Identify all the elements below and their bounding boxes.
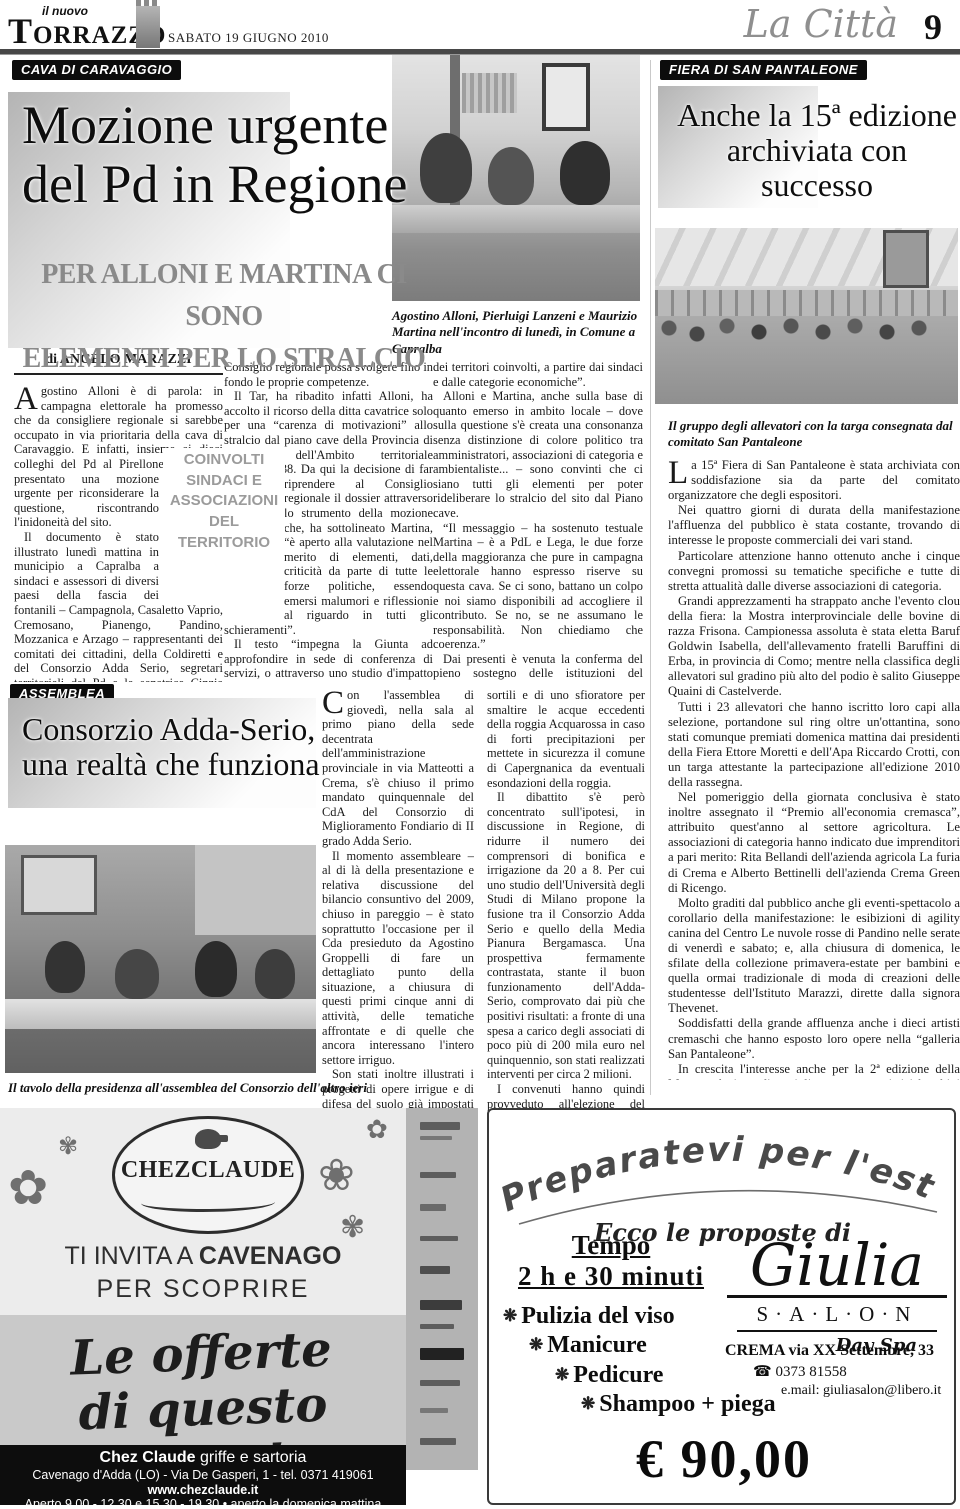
chez-upper-zone: ✿ ✾ ❀ ✿ ✾ CHEZCLAUDE TI INVITA A CAVENAG… [0,1108,406,1315]
brand-logos-strip [406,1108,478,1470]
fiera-photo-caption: Il gruppo degli allevatori con la targa … [668,418,960,451]
chez-invite-text: TI INVITA A CAVENAGO PER SCOPRIRE [0,1240,406,1305]
banner [883,230,929,288]
person-figure [195,941,237,997]
flower-icon: ✾ [58,1132,78,1161]
chez-hours: Aperto 9.00 - 12.30 e 15.30 - 19.30 • ap… [0,1497,406,1509]
section-title: La Città [744,2,898,46]
chez-contact-bar: Chez Claude griffe e sartoria Cavenago d… [0,1445,406,1505]
chez-offer-zone: Le offerte di questo mese! [0,1315,406,1445]
tower-icon [136,6,160,48]
chez-claude-logo: CHEZCLAUDE [112,1116,304,1234]
flower-icon: ✿ [366,1114,388,1145]
giulia-duration: Tempo 2 h e 30 minuti [511,1230,711,1292]
page-number: 9 [924,6,942,48]
service-item: ❋Pulizia del viso [503,1302,803,1331]
crowd [655,316,958,404]
sunburst-icon: ❋ [555,1365,573,1384]
giulia-price: € 90,00 [579,1428,869,1490]
giulia-contact: CREMA via XX Settembre, 33 ☎ 0373 81558 … [725,1342,953,1399]
curved-header: Preparatevi per l'estate [489,1112,954,1230]
cava-subhead: PER ALLONI E MARTINA CI SONO ELEMENTI PE… [6,254,442,380]
cava-column-3: dei territori coinvolti, a partire dai s… [433,360,643,682]
giulia-email: e.mail: giuliasalon@libero.it [725,1381,953,1399]
sunburst-icon: ❋ [503,1306,521,1325]
person-figure [488,147,534,205]
fiera-headline: Anche la 15ª edizione archiviata con suc… [672,98,960,204]
phone-icon: ☎ [753,1364,772,1380]
dropcap: C [322,688,347,716]
section-tag-cava: CAVA DI CARAVAGGIO [12,60,181,80]
fiera-body: La 15ª Fiera di San Pantaleone è stata a… [668,458,960,1080]
assemblea-column-2: sortili e di uno sfioratore per smaltire… [487,688,645,1112]
masthead: il nuovo TORRAZZO SABATO 19 GIUGNO 2010 … [0,0,960,48]
dropcap: L [668,458,691,486]
assemblea-column-1: Con l'assemblea di giovedì, nella sala a… [322,688,474,1112]
giulia-header-text: Preparatevi per l'estate [489,1112,941,1220]
fiera-group-photo [655,228,958,404]
flower-icon: ✿ [8,1160,48,1216]
sunburst-icon: ❋ [581,1394,599,1413]
window [21,855,97,915]
flower-icon: ❀ [318,1150,355,1201]
svg-text:Preparatevi per l'estate: Preparatevi per l'estate [489,1112,941,1220]
person-figure [255,949,295,999]
newspaper-page: il nuovo TORRAZZO SABATO 19 GIUGNO 2010 … [0,0,960,1509]
presidency-table [5,999,316,1029]
person-figure [560,141,610,205]
giulia-phone: ☎ 0373 81558 [725,1360,953,1381]
pull-quote-inset: COINVOLTI SINDACI E ASSOCIAZIONI DEL TER… [163,448,285,542]
person-figure [115,949,159,999]
giulia-salon-ad: Preparatevi per l'estate Ecco le propost… [487,1108,956,1505]
section-tag-fiera: FIERA DI SAN PANTALEONE [660,60,867,80]
issue-date: SABATO 19 GIUGNO 2010 [168,30,329,46]
dropcap: A [14,384,41,412]
radiator [462,73,517,113]
framed-picture [542,63,590,131]
dog-head-icon [195,1129,221,1149]
sunburst-icon: ❋ [529,1335,547,1354]
chez-website: www.chezclaude.it [0,1483,406,1498]
column-divider [650,60,651,1095]
chez-address: Cavenago d'Adda (LO) - Via De Gasperi, 1… [0,1468,406,1483]
cava-headline: Mozione urgente del Pd in Regione [22,96,462,215]
giulia-address: CREMA via XX Settembre, 33 [725,1342,953,1360]
person-figure [45,941,85,993]
fence-railing [655,290,958,316]
bright-wall [195,845,316,935]
chez-claude-ad: ✿ ✾ ❀ ✿ ✾ CHEZCLAUDE TI INVITA A CAVENAG… [0,1108,478,1505]
assemblea-headline: Consorzio Adda-Serio, una realtà che fun… [22,712,322,782]
consorzio-assembly-photo [5,845,316,1073]
logo-swoosh [141,1193,275,1212]
